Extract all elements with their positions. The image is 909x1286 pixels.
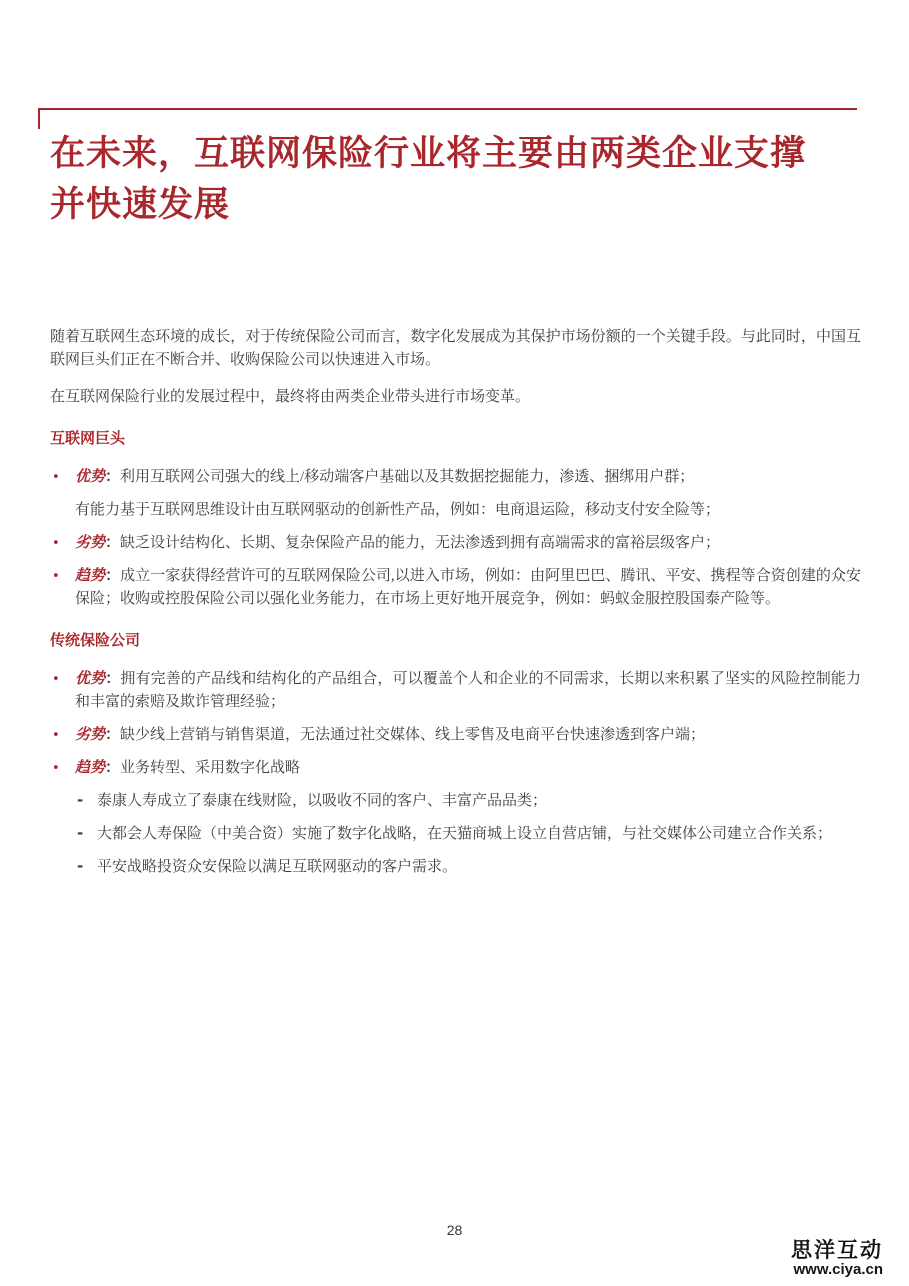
watermark-logo-text: 思洋互动: [791, 1240, 883, 1262]
bullet-colon: ：: [105, 535, 120, 551]
bullet-label: 优势: [75, 469, 105, 485]
bullet-dot-icon: •: [52, 466, 60, 489]
bullet-label: 趋势: [75, 568, 105, 584]
bullet-dot-icon: •: [52, 532, 60, 555]
bullet-colon: ：: [105, 568, 120, 584]
sub-list-item-metlife: -大都会人寿保险（中美合资）实施了数字化战略，在天猫商城上设立自营店铺，与社交媒…: [50, 823, 861, 846]
bullet-dot-icon: •: [52, 668, 60, 691]
bullet-label: 劣势: [75, 727, 105, 743]
intro-paragraph-2: 在互联网保险行业的发展过程中，最终将由两类企业带头进行市场变革。: [50, 386, 861, 409]
sub-bullet-text: 大都会人寿保险（中美合资）实施了数字化战略，在天猫商城上设立自营店铺，与社交媒体…: [97, 826, 832, 842]
list-item-traditional-weakness: •劣势：缺少线上营销与销售渠道，无法通过社交媒体、线上零售及电商平台快速渗透到客…: [50, 724, 861, 747]
watermark: 思洋互动 www.ciya.cn: [791, 1240, 883, 1278]
section-heading-traditional-insurers: 传统保险公司: [50, 630, 861, 653]
sub-list-item-pingan: -平安战略投资众安保险以满足互联网驱动的客户需求。: [50, 856, 861, 879]
list-item-giants-advantage-cont: 有能力基于互联网思维设计由互联网驱动的创新性产品，例如：电商退运险，移动支付安全…: [50, 499, 861, 522]
bullet-colon: ：: [105, 469, 120, 485]
list-item-giants-advantage: •优势：利用互联网公司强大的线上/移动端客户基础以及其数据挖掘能力，渗透、捆绑用…: [50, 466, 861, 489]
bullet-text: 缺乏设计结构化、长期、复杂保险产品的能力，无法渗透到拥有高端需求的富裕层级客户；: [120, 535, 720, 551]
bullet-text: 拥有完善的产品线和结构化的产品组合，可以覆盖个人和企业的不同需求，长期以来积累了…: [75, 671, 861, 710]
bullet-dot-icon: •: [52, 565, 60, 588]
page-number: 28: [0, 1222, 909, 1238]
bullet-colon: ：: [105, 727, 120, 743]
intro-paragraph-1: 随着互联网生态环境的成长，对于传统保险公司而言，数字化发展成为其保护市场份额的一…: [50, 326, 861, 372]
dash-icon: -: [77, 822, 83, 845]
page-title: 在未来，互联网保险行业将主要由两类企业支撑并快速发展: [50, 128, 820, 230]
sub-list-item-taikang: -泰康人寿成立了泰康在线财险，以吸收不同的客户、丰富产品品类；: [50, 790, 861, 813]
bullet-colon: ：: [105, 760, 120, 776]
list-item-giants-trend: •趋势：成立一家获得经营许可的互联网保险公司,以进入市场，例如：由阿里巴巴、腾讯…: [50, 565, 861, 611]
sub-bullet-text: 泰康人寿成立了泰康在线财险，以吸收不同的客户、丰富产品品类；: [97, 793, 547, 809]
dash-icon: -: [77, 789, 83, 812]
bullet-colon: ：: [105, 671, 120, 687]
bullet-text: 业务转型、采用数字化战略: [120, 760, 300, 776]
bullet-dot-icon: •: [52, 757, 60, 780]
dash-icon: -: [77, 855, 83, 878]
title-block: 在未来，互联网保险行业将主要由两类企业支撑并快速发展: [38, 108, 857, 230]
report-page: 在未来，互联网保险行业将主要由两类企业支撑并快速发展 随着互联网生态环境的成长，…: [0, 0, 909, 1286]
bullet-text: 利用互联网公司强大的线上/移动端客户基础以及其数据挖掘能力，渗透、捆绑用户群；: [120, 469, 694, 485]
bullet-label: 趋势: [75, 760, 105, 776]
section-heading-internet-giants: 互联网巨头: [50, 428, 861, 451]
list-item-traditional-trend: •趋势：业务转型、采用数字化战略: [50, 757, 861, 780]
bullet-text: 缺少线上营销与销售渠道，无法通过社交媒体、线上零售及电商平台快速渗透到客户端；: [120, 727, 705, 743]
sub-bullet-text: 平安战略投资众安保险以满足互联网驱动的客户需求。: [97, 859, 457, 875]
title-corner-rule: [38, 110, 40, 129]
watermark-url: www.ciya.cn: [791, 1262, 883, 1278]
list-item-traditional-advantage: •优势：拥有完善的产品线和结构化的产品组合，可以覆盖个人和企业的不同需求，长期以…: [50, 668, 861, 714]
bullet-dot-icon: •: [52, 724, 60, 747]
content-area: 随着互联网生态环境的成长，对于传统保险公司而言，数字化发展成为其保护市场份额的一…: [50, 326, 861, 879]
bullet-label: 劣势: [75, 535, 105, 551]
bullet-text: 成立一家获得经营许可的互联网保险公司,以进入市场，例如：由阿里巴巴、腾讯、平安、…: [75, 568, 861, 607]
list-item-giants-weakness: •劣势：缺乏设计结构化、长期、复杂保险产品的能力，无法渗透到拥有高端需求的富裕层…: [50, 532, 861, 555]
bullet-label: 优势: [75, 671, 105, 687]
